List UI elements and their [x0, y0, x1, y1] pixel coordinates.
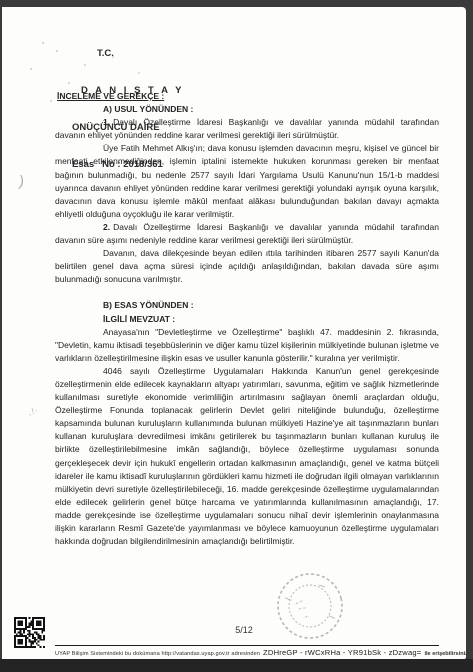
section-heading-esas: B) ESAS YÖNÜNDEN :: [103, 299, 439, 312]
uyap-access-codes: ZDHreGP - rWCxRHa - YR91bSk - zDzwag=: [263, 648, 421, 657]
paragraph-esas-2: 4046 sayılı Özelleştirme Uygulamaları Ha…: [55, 365, 439, 548]
svg-text:·•·: ·•·: [303, 614, 311, 622]
court-seal-stamp-icon: ·•·•· •·•· ·•·: [266, 562, 353, 649]
svg-text:•·•·: •·•·: [298, 605, 308, 612]
paragraph-number: 2.: [103, 222, 110, 232]
uyap-footer-prefix: UYAP Bilişim Sistemindeki bu dokümana ht…: [55, 651, 260, 657]
scan-frame-bottom: [0, 659, 473, 672]
footer-divider: [55, 645, 439, 646]
handwritten-mark: ): [18, 173, 25, 191]
paragraph-usul-2: Üye Fatih Mehmet Alkış'ın; dava konusu i…: [55, 142, 439, 221]
scan-specks: [42, 42, 44, 44]
qr-code-icon: [14, 616, 45, 649]
section-heading-mevzuat: İLGİLİ MEVZUAT :: [103, 313, 439, 326]
header-tc: T.C.: [97, 48, 184, 60]
section-heading-inceleme: İNCELEME VE GEREKÇE :: [57, 90, 439, 103]
document-page: ) ,!· T.C. D A N I Ş T A Y ONÜÇÜNCÜ DAİR…: [2, 7, 466, 659]
paragraph-usul-1: 1.Davalı Özelleştirme İdaresi Başkanlığı…: [55, 116, 439, 142]
paragraph-number: 1.: [103, 117, 110, 127]
paragraph-esas-1: Anayasa'nın "Devletleştirme ve Özelleşti…: [55, 326, 439, 365]
section-heading-usul: A) USUL YÖNÜNDEN :: [103, 103, 439, 116]
paragraph-usul-4: Davanın, dava dilekçesinde beyan edilen …: [55, 247, 439, 286]
paragraph-usul-3: 2.Davalı Özelleştirme İdaresi Başkanlığı…: [55, 221, 439, 247]
page-number: 5/12: [214, 625, 274, 635]
handwritten-mark: ,!·: [27, 405, 40, 417]
uyap-footer-suffix: ile erişebilirsiniz.: [424, 651, 466, 657]
document-body: İNCELEME VE GEREKÇE : A) USUL YÖNÜNDEN :…: [55, 90, 439, 548]
uyap-footer: UYAP Bilişim Sistemindeki bu dokümana ht…: [55, 648, 465, 657]
